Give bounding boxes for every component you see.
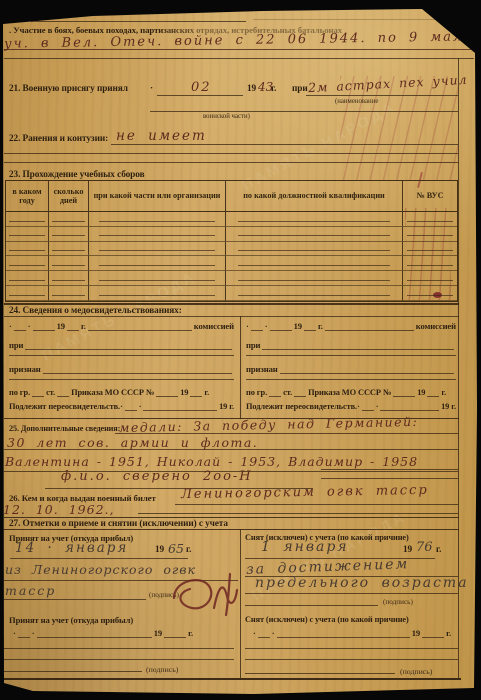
additional-entry-medals2: 30 лет сов. армии и флота. [7, 435, 258, 450]
table-cell [6, 271, 49, 286]
removed-label: Снят (исключен) с учета (по какой причин… [245, 615, 409, 624]
table-cell [403, 212, 457, 227]
med-st-label: ст. [46, 388, 55, 397]
issued-date-entry: 12. 10. 1962., [3, 502, 114, 517]
removed-year-suffix: г. [436, 545, 441, 555]
accepted-from-entry2: тасср [5, 583, 56, 598]
table-cell [49, 227, 89, 242]
med-year-suffix: г. [81, 321, 86, 331]
unit-hint-line1: (наименование [335, 98, 378, 105]
med-commission-label: комиссией [416, 321, 456, 331]
table-cell [403, 286, 457, 301]
removed-year-entry: 76 [416, 540, 433, 555]
table-cell [89, 227, 226, 242]
musters-col-days: сколько дней [49, 181, 89, 212]
placeholder-dot: · [376, 402, 379, 411]
unit-hint-line2: воинской части) [203, 113, 250, 120]
med-gr-label: по гр. [9, 388, 30, 397]
med-gr-label: по гр. [246, 388, 267, 397]
table-cell [226, 286, 403, 301]
placeholder-dot: · [13, 628, 16, 638]
accepted-date-entry: 14 · января [15, 540, 128, 556]
med-reexam-year: 19 г. [441, 402, 456, 411]
removed-reason-entry2: предельного возраста [255, 575, 469, 591]
placeholder-dot: · [9, 321, 12, 331]
oath-label: 21. Военную присягу принял [9, 84, 128, 94]
document-paper: ПАМЯТЬ НАРОДА ПАМЯТЬ НАРОДА ПАМЯТЬ НАРОД… [3, 8, 477, 695]
table-cell [6, 212, 49, 227]
musters-col-vus: № ВУС [403, 181, 457, 212]
musters-col-year: в каком году [6, 181, 49, 212]
placeholder-dot: · [253, 628, 256, 638]
med-reexam-year: 19 г. [219, 402, 234, 411]
table-cell [89, 271, 226, 286]
table-cell [6, 286, 49, 301]
accepted-year-entry: 65 [168, 541, 184, 556]
table-cell [49, 242, 89, 257]
placeholder-dot: · [28, 321, 31, 331]
med-year-prefix: 19 [180, 388, 188, 397]
table-cell [226, 242, 403, 257]
med-year-prefix: 19 [57, 321, 65, 331]
musters-col-unit: при какой части или организации [89, 181, 226, 212]
medical-label: 24. Сведения о медосвидетельствованиях: [9, 306, 182, 316]
wounds-entry: не имеет [116, 128, 207, 144]
wounds-label: 22. Ранения и контузии: [9, 134, 108, 144]
issued-entry: Лениногорским огвк тасср [181, 483, 429, 502]
med-year-prefix: 19 [417, 388, 425, 397]
removed-year-prefix: 19 [403, 545, 412, 555]
med-recognized-label: признан [9, 364, 41, 374]
med-year-prefix: 19 [294, 321, 302, 331]
additional-label: 25. Дополнительные сведения: [9, 424, 120, 433]
placeholder-dot: · [265, 321, 268, 331]
removed-year-prefix: 19 [412, 628, 420, 638]
med-reexam-label: Подлежит переосвидетельств. [9, 402, 120, 411]
musters-table: в каком году сколько дней при какой част… [5, 180, 458, 302]
signature-label: (подпись) [383, 598, 413, 606]
removed-date-entry: 1 января [261, 539, 349, 555]
table-cell [49, 256, 89, 271]
med-year-suffix: г. [441, 388, 446, 397]
placeholder-dot: · [150, 84, 153, 94]
table-cell [226, 256, 403, 271]
table-cell [89, 256, 226, 271]
placeholder-dot: · [246, 321, 249, 331]
med-recognized-label: признан [246, 364, 278, 374]
registration-label: 27. Отметки о приеме и снятии (исключени… [9, 519, 228, 529]
oath-year-suffix: г. [271, 84, 276, 94]
musters-col-qualification: по какой должностной квалификации [226, 181, 403, 212]
scanned-military-card: ПАМЯТЬ НАРОДА ПАМЯТЬ НАРОДА ПАМЯТЬ НАРОД… [0, 0, 481, 700]
accepted-year-prefix: 19 [155, 545, 164, 555]
placeholder-dot: · [139, 402, 142, 411]
med-commission-label: комиссией [194, 321, 234, 331]
table-cell [226, 227, 403, 242]
table-cell [403, 271, 457, 286]
placeholder-dot: · [357, 402, 360, 411]
accepted-year-suffix: г. [188, 628, 193, 638]
table-cell [49, 271, 89, 286]
med-year-suffix: г. [204, 388, 209, 397]
table-cell [6, 227, 49, 242]
med-at-label: при [246, 340, 260, 350]
table-cell [6, 256, 49, 271]
placeholder-dot: · [272, 628, 275, 638]
table-cell [49, 286, 89, 301]
signature-label: (подпись) [146, 665, 178, 674]
accepted-year-prefix: 19 [154, 628, 162, 638]
med-order-label: Приказа МО СССР № [308, 388, 391, 397]
table-cell [226, 212, 403, 227]
signature-scribble [166, 568, 242, 618]
additional-entry-fio: ф.и.о. сверено 2оо-Н [61, 469, 253, 484]
accepted-label: Принят на учет (откуда прибыл) [9, 615, 133, 625]
table-cell [403, 256, 457, 271]
table-cell [89, 286, 226, 301]
oath-year-prefix: 19 [247, 84, 256, 94]
med-at-label: при [9, 340, 23, 350]
removed-year-suffix: г. [446, 628, 451, 638]
table-cell [89, 212, 226, 227]
table-cell [49, 212, 89, 227]
med-order-label: Приказа МО СССР № [71, 388, 154, 397]
oath-month-entry: 02 [191, 80, 212, 95]
med-year-suffix: г. [318, 321, 323, 331]
table-cell [403, 227, 457, 242]
table-cell [403, 242, 457, 257]
table-cell [6, 242, 49, 257]
accepted-year-suffix: г. [186, 545, 191, 555]
table-cell [89, 242, 226, 257]
musters-label: 23. Прохождение учебных сборов [9, 170, 145, 180]
placeholder-dot: · [120, 402, 123, 411]
signature-label: (подпись) [400, 667, 432, 676]
med-st-label: ст. [283, 388, 292, 397]
table-cell [226, 271, 403, 286]
placeholder-dot: · [32, 628, 35, 638]
med-reexam-label: Подлежит переосвидетельств. [246, 402, 357, 411]
oath-at-label: при [292, 84, 308, 94]
additional-entry-children: Валентина - 1951, Николай - 1953, Владим… [5, 454, 418, 469]
